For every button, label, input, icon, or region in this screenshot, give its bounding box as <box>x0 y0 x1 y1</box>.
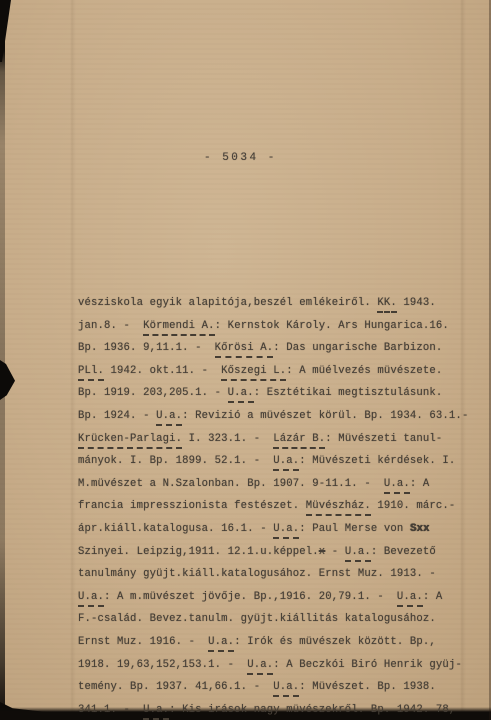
text-segment: mányok. I. Bp. 1899. 52.1. - <box>78 455 273 467</box>
underlined-text: U.a. <box>384 478 410 494</box>
text-line: 341.1. - U.a.: Kis irások nagy müvészekr… <box>78 704 478 720</box>
text-line: mányok. I. Bp. 1899. 52.1. - U.a.: Müvés… <box>78 455 478 478</box>
text-line: U.a.: A m.müvészet jövője. Bp.,1916. 20,… <box>78 591 478 614</box>
page-number: - 5034 - <box>204 152 277 164</box>
text-segment: : Irók és müvészek között. Bp., <box>234 636 436 648</box>
text-segment: : A m.müvészet jövője. Bp.,1916. 20,79.1… <box>104 591 397 603</box>
text-segment: Sxx <box>410 523 430 535</box>
underlined-text: Lázár B. <box>273 433 325 449</box>
text-line: Bp. 1924. - U.a.: Revizió a müvészet kör… <box>78 410 478 433</box>
text-segment: Ernst Muz. 1916. - <box>78 636 208 648</box>
text-segment: : A <box>423 591 443 603</box>
text-segment: tanulmány gyüjt.kiáll.katalogusához. Ern… <box>78 568 436 580</box>
text-segment: : Müvészeti tanul- <box>325 433 442 445</box>
text-line: F.-család. Bevez.tanulm. gyüjt.kiállitás… <box>78 613 478 636</box>
text-segment: Bp. 1924. - <box>78 410 156 422</box>
underlined-text: U.a. <box>247 659 273 675</box>
text-segment: F.-család. Bevez.tanulm. gyüjt.kiállitás… <box>78 613 436 625</box>
text-segment: : Kernstok Károly. Ars Hungarica.16. <box>215 320 449 332</box>
text-line: tanulmány gyüjt.kiáll.katalogusához. Ern… <box>78 568 478 591</box>
underlined-text: Kőszegi L. <box>221 365 286 381</box>
text-segment: francia impresszionista festészet. <box>78 500 306 512</box>
text-segment: ápr.kiáll.katalogusa. 16.1. - <box>78 523 273 535</box>
text-line: francia impresszionista festészet. Müvés… <box>78 500 478 523</box>
text-segment: : A <box>410 478 430 490</box>
underlined-text: Kőrösi A. <box>215 342 274 358</box>
bibliography-text-block: vésziskola egyik alapitója,beszél emléke… <box>78 297 478 720</box>
text-line: Krücken-Parlagi. I. 323.1. - Lázár B.: M… <box>78 433 478 456</box>
text-segment: : Müvészeti kérdések. I. <box>299 455 455 467</box>
underlined-text: PLl. <box>78 365 104 381</box>
text-line: Bp. 1936. 9,11.1. - Kőrösi A.: Das ungar… <box>78 342 478 365</box>
text-segment: : Paul Merse von <box>299 523 410 535</box>
text-line: temény. Bp. 1937. 41,66.1. - U.a.: Müvés… <box>78 681 478 704</box>
text-segment: Bp. 1919. 203,205.1. - <box>78 387 228 399</box>
underlined-text: U.a. <box>228 387 254 403</box>
underlined-text: KK. <box>377 297 397 313</box>
text-segment: 1943. <box>397 297 436 309</box>
text-line: jan.8. - Körmendi A.: Kernstok Károly. A… <box>78 320 478 343</box>
text-line: ápr.kiáll.katalogusa. 16.1. - U.a.: Paul… <box>78 523 478 546</box>
text-segment: : A Beczkói Biró Henrik gyüj- <box>273 659 462 671</box>
text-segment: 1918. 19,63,152,153.1. - <box>78 659 247 671</box>
text-line: 1918. 19,63,152,153.1. - U.a.: A Beczkói… <box>78 659 478 682</box>
text-line: M.müvészet a N.Szalonban. Bp. 1907. 9-11… <box>78 478 478 501</box>
text-segment: 341.1. - <box>78 704 143 716</box>
underlined-text: Körmendi A. <box>143 320 215 336</box>
text-segment: - <box>325 546 345 558</box>
text-line: Szinyei. Leipzig,1911. 12.1.u.képpel.x -… <box>78 546 478 569</box>
underlined-text: U.a. <box>273 455 299 471</box>
text-segment: : A müélvezés müvészete. <box>286 365 442 377</box>
text-segment: jan.8. - <box>78 320 143 332</box>
text-segment: : Kis irások nagy müvészekről. Bp. 1942.… <box>169 704 455 716</box>
text-segment: : Das ungarische Barbizon. <box>273 342 442 354</box>
text-line: PLl. 1942. okt.11. - Kőszegi L.: A müélv… <box>78 365 478 388</box>
scan-ink-blob <box>0 360 15 400</box>
text-segment: temény. Bp. 1937. 41,66.1. - <box>78 681 273 693</box>
text-segment: Bp. 1936. 9,11.1. - <box>78 342 215 354</box>
text-segment: 1942. okt.11. - <box>104 365 221 377</box>
text-segment: I. 323.1. - <box>182 433 273 445</box>
scanned-page: - 5034 - vésziskola egyik alapitója,besz… <box>0 0 491 720</box>
scan-edge-left <box>0 0 5 720</box>
underlined-text: Krücken-Parlagi. <box>78 433 182 449</box>
underlined-text: U.a. <box>273 681 299 697</box>
text-segment: M.müvészet a N.Szalonban. Bp. 1907. 9-11… <box>78 478 384 490</box>
underlined-text: U.a. <box>397 591 423 607</box>
underlined-text: U.a. <box>273 523 299 539</box>
text-segment: : Esztétikai megtisztulásunk. <box>254 387 443 399</box>
text-line: Bp. 1919. 203,205.1. - U.a.: Esztétikai … <box>78 387 478 410</box>
text-segment: : Bevezető <box>371 546 436 558</box>
underlined-text: U.a. <box>78 591 104 607</box>
underlined-text: U.a. <box>345 546 371 562</box>
scan-corner-top-left <box>0 0 11 62</box>
underlined-text: U.a. <box>156 410 182 426</box>
text-line: vésziskola egyik alapitója,beszél emléke… <box>78 297 478 320</box>
text-line: Ernst Muz. 1916. - U.a.: Irók és müvésze… <box>78 636 478 659</box>
text-segment: 1910. márc.- <box>371 500 456 512</box>
underlined-text: Müvészház. <box>306 500 371 516</box>
text-segment: vésziskola egyik alapitója,beszél emléke… <box>78 297 377 309</box>
text-segment: Szinyei. Leipzig,1911. 12.1.u.képpel. <box>78 546 319 558</box>
underlined-text: U.a. <box>143 704 169 720</box>
text-segment: : Müvészet. Bp. 1938. <box>299 681 436 693</box>
text-segment: : Revizió a müvészet körül. Bp. 1934. 63… <box>182 410 468 422</box>
underlined-text: U.a. <box>208 636 234 652</box>
